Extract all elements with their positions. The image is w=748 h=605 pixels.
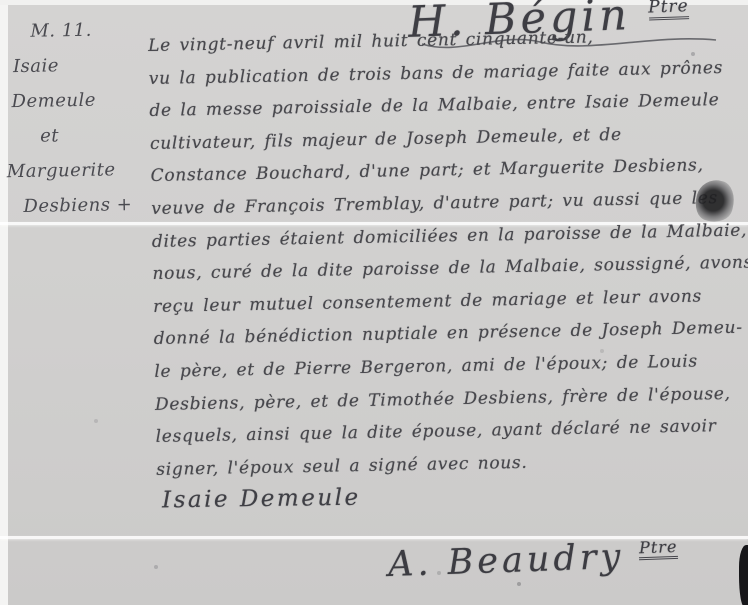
record-body-text: Le vingt-neuf avril mil huit cent cinqua… bbox=[148, 24, 748, 492]
scan-frame-left-edge bbox=[0, 0, 8, 605]
margin-annotation: M. 11. Isaie Demeule et Marguerite Desbi… bbox=[8, 19, 147, 231]
margin-bride-first-name: Marguerite bbox=[7, 159, 147, 196]
groom-signature: Isaie Demeule bbox=[162, 485, 361, 514]
margin-conjunction: et bbox=[40, 124, 146, 161]
record-number: M. 11. bbox=[30, 19, 144, 56]
priest-signature: A. Beaudry Ptre bbox=[387, 535, 678, 585]
binding-edge-mark bbox=[739, 545, 748, 605]
margin-bride-last-name: Desbiens + bbox=[23, 194, 147, 231]
margin-groom-first-name: Isaie bbox=[13, 54, 145, 91]
margin-groom-last-name: Demeule bbox=[11, 89, 145, 126]
priest-name: A. Beaudry bbox=[387, 537, 625, 585]
paper-specks bbox=[0, 0, 2, 2]
prior-priest-title: Ptre bbox=[648, 0, 689, 21]
scanned-register-page: H. Bégin Ptre M. 11. Isaie Demeule et Ma… bbox=[0, 0, 748, 605]
priest-title: Ptre bbox=[639, 537, 678, 560]
